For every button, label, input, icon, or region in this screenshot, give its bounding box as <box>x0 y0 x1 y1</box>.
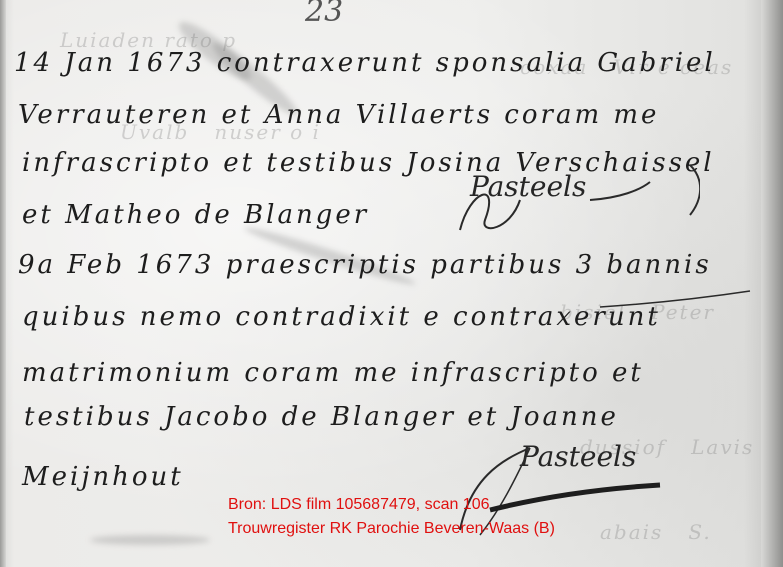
register-caption: Trouwregister RK Parochie Beveren-Waas (… <box>228 520 555 538</box>
entry-2-line-3: matrimonium coram me infrascripto et <box>22 358 644 388</box>
signature-flourish-1 <box>440 160 700 240</box>
folio-number: 23 <box>305 0 343 29</box>
manuscript-page: Luiaden rato p coxaa Vir e ceas Uvalb nu… <box>0 0 783 567</box>
entry-2-line-2: quibus nemo contradixit e contraxerunt <box>22 302 661 332</box>
entry-1-line-1: 14 Jan 1673 contraxerunt sponsalia Gabri… <box>14 48 716 78</box>
entry-1-line-2: Verrauteren et Anna Villaerts coram me <box>18 100 659 130</box>
entry-1-line-4: et Matheo de Blanger <box>22 200 369 230</box>
source-caption: Bron: LDS film 105687479, scan 106 <box>228 496 490 514</box>
entry-2-line-1: 9a Feb 1673 praescriptis partibus 3 bann… <box>18 250 712 280</box>
page-left-edge <box>0 0 6 567</box>
page-right-edge <box>761 0 783 567</box>
entry-2-line-4: testibus Jacobo de Blanger et Joanne <box>24 402 619 432</box>
line-end-flourish <box>600 285 760 315</box>
ink-smear <box>90 535 210 545</box>
entry-2-line-5: Meijnhout <box>22 462 184 492</box>
